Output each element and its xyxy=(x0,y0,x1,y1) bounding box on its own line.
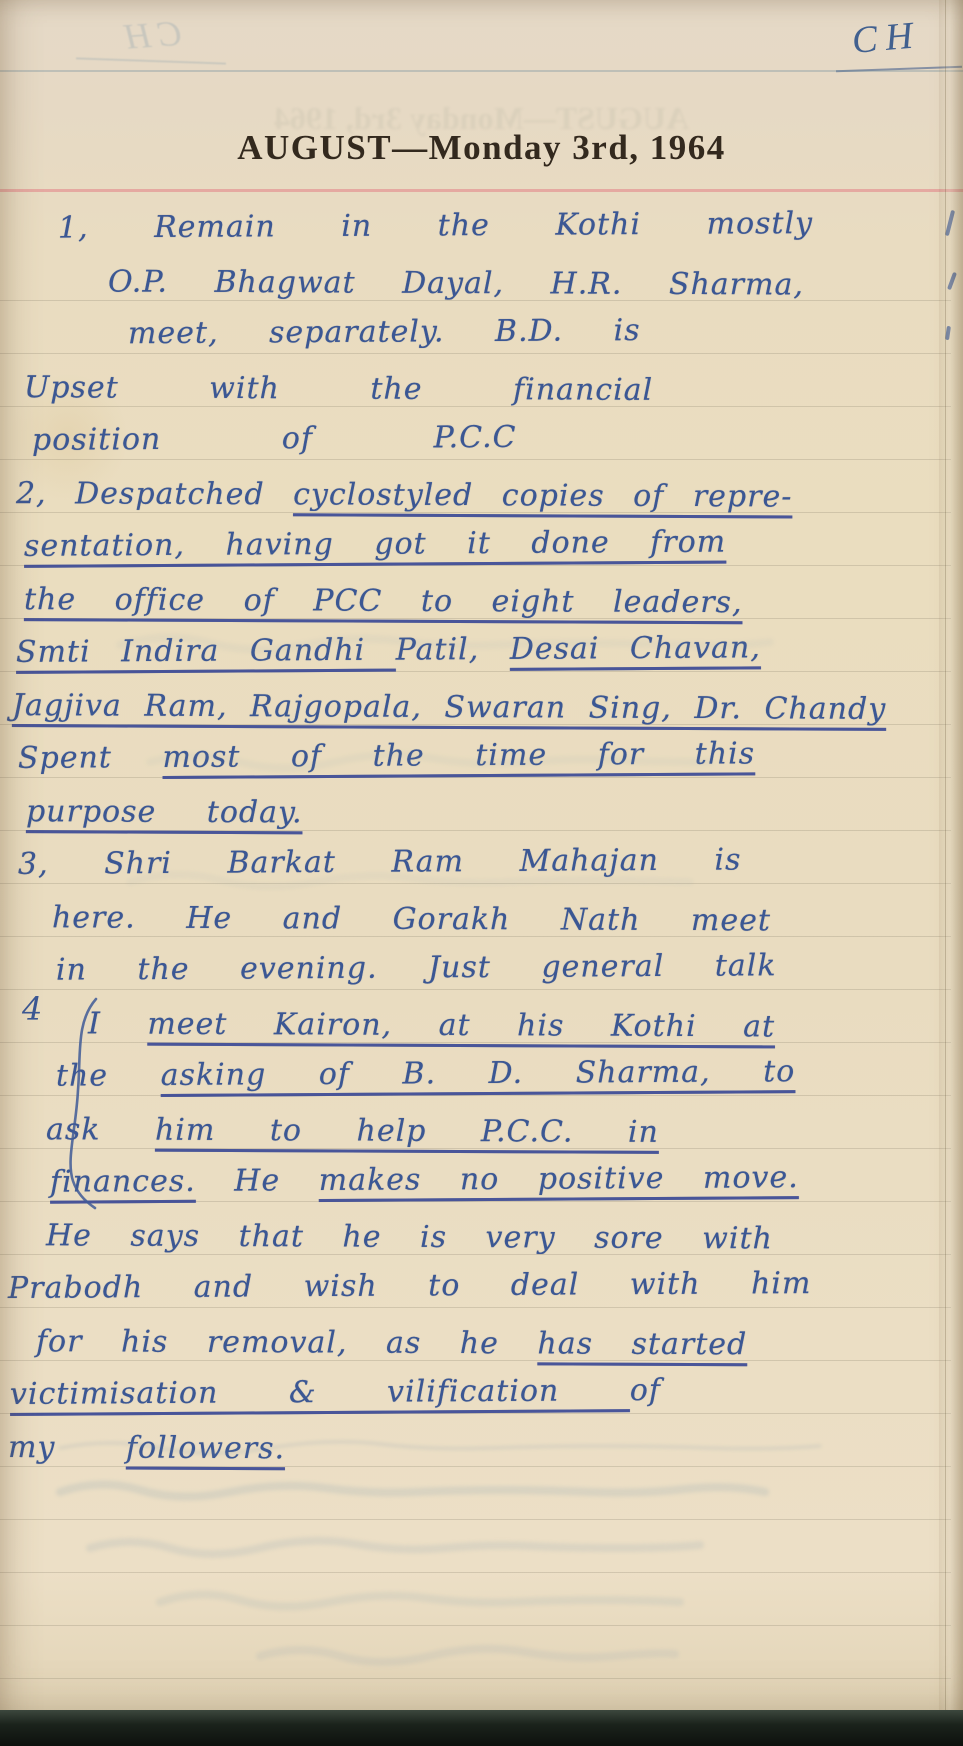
diary-line: meet, separately. B.D. is xyxy=(0,302,963,361)
ghost-corner-underline xyxy=(76,57,226,64)
underlined-text: Jagjiva Ram, Rajgopala, Swaran Sing, Dr.… xyxy=(12,688,886,727)
text: 2, Despatched xyxy=(16,476,293,512)
diary-line: sentation, having got it done from xyxy=(0,514,963,573)
text: Spent xyxy=(18,740,163,776)
diary-page: CH CH AUGUST—Monday 3rd, 1964 AUGUST—Mon… xyxy=(0,0,963,1746)
text: for his removal, as he xyxy=(36,1324,538,1361)
diary-line: Prabodh and wish to deal with him xyxy=(0,1256,963,1315)
pink-margin-rule xyxy=(0,189,963,192)
page-right-edge xyxy=(939,0,963,1746)
diary-line: position of P.C.C xyxy=(0,408,963,467)
diary-lines: 1, Remain in the Kothi mostlyO.P. Bhagwa… xyxy=(0,202,963,1474)
text: O.P. Bhagwat Dayal, H.R. Sharma, xyxy=(108,264,804,302)
top-ruled-line xyxy=(0,70,963,72)
brace-mark xyxy=(64,996,100,1216)
text: Upset with the financial xyxy=(24,370,653,408)
underlined-text: Desai Chavan, xyxy=(510,630,761,667)
text: 3, Shri Barkat Ram Mahajan is xyxy=(18,842,742,881)
diary-line: 3, Shri Barkat Ram Mahajan is xyxy=(0,832,963,891)
text: in the evening. Just general talk xyxy=(56,948,777,987)
corner-mark: CH xyxy=(850,13,922,63)
text: He says that he is very sore with xyxy=(46,1218,773,1256)
diary-line: the asking of B. D. Sharma, to xyxy=(0,1044,963,1103)
diary-line: victimisation & vilification of xyxy=(0,1362,963,1421)
underlined-text: meet Kairon, at his Kothi at xyxy=(147,1007,775,1045)
underlined-text: Smti Indira Gandhi xyxy=(16,633,396,670)
diary-line: Smti Indira Gandhi Patil, Desai Chavan, xyxy=(0,620,963,679)
diary-line: Spent most of the time for this xyxy=(0,726,963,785)
underlined-text: has started xyxy=(537,1326,747,1362)
text: here. He and Gorakh Nath meet xyxy=(52,900,771,938)
text: my xyxy=(8,1430,126,1466)
diary-line: finances. He makes no positive move. xyxy=(0,1150,963,1209)
underlined-text: victimisation & vilification xyxy=(10,1373,630,1412)
underlined-text: him to help P.C.C. in xyxy=(155,1113,659,1150)
date-header: AUGUST—Monday 3rd, 1964 xyxy=(0,128,963,168)
underlined-text: asking of B. D. Sharma, to xyxy=(161,1054,796,1093)
underlined-text: cyclostyled copies of repre- xyxy=(293,477,792,514)
diary-line: my followers. xyxy=(0,1421,963,1478)
text: position of P.C.C xyxy=(32,420,517,458)
underlined-text: most of the time for this xyxy=(162,736,755,775)
underlined-text: purpose today. xyxy=(26,794,303,830)
text: ask xyxy=(46,1112,155,1147)
underlined-text: sentation, having got it done from xyxy=(24,525,726,564)
brace-icon xyxy=(64,996,100,1211)
text: Patil, xyxy=(396,632,510,668)
page-edge-crease xyxy=(945,0,946,1746)
diary-line: 1, Remain in the Kothi mostly xyxy=(0,196,963,255)
text: of xyxy=(630,1373,661,1408)
underlined-text: makes no positive move. xyxy=(319,1160,799,1198)
text: meet, separately. B.D. is xyxy=(128,313,641,351)
text: Prabodh and wish to deal with him xyxy=(8,1266,812,1306)
text: 1, Remain in the Kothi mostly xyxy=(58,206,813,246)
underlined-text: followers. xyxy=(126,1431,285,1467)
underlined-text: the office of PCC to eight leaders, xyxy=(24,582,743,620)
diary-line: in the evening. Just general talk xyxy=(0,938,963,997)
text: He xyxy=(196,1163,319,1199)
book-binding-edge xyxy=(0,1710,963,1746)
item4-number: 4 xyxy=(22,990,42,1028)
ghost-corner-mark: CH xyxy=(117,12,184,58)
